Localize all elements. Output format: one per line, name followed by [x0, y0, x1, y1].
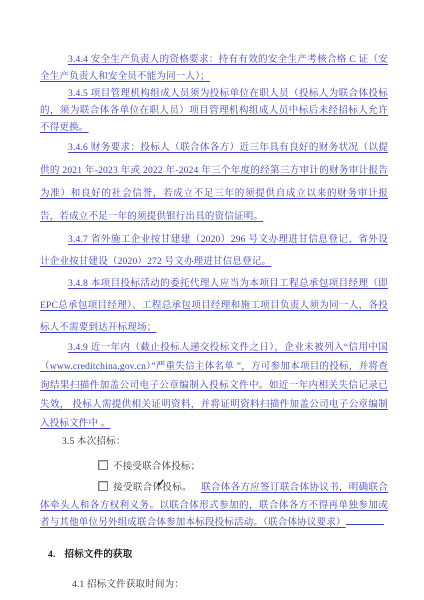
clause-3-4-4: 3.4.4 安全生产负责人的资格要求：持有有效的安全生产考核合格 C 证（安全生…	[40, 52, 388, 86]
clause-4-1: 4.1 招标文件获取时间为：	[40, 577, 388, 593]
document-page: 3.4.4 安全生产负责人的资格要求：持有有效的安全生产考核合格 C 证（安全生…	[0, 0, 424, 600]
clause-3-4-9: 3.4.9 近一年内（截止投标人递交投标文件之日），企业未被列入“信用中国（ww…	[40, 339, 388, 434]
clause-3-5-label: 3.5 本次招标：	[40, 434, 388, 451]
checkbox-row-reject-consortium: 不接受联合体投标；	[40, 459, 388, 476]
clause-3-4-7: 3.4.7 省外施工企业按甘建建（2020）296 号文办理进甘信息登记、省外设…	[40, 229, 388, 273]
checkbox-row-accept-consortium: 接受联合体投标。联合体各方应签订联合体协议书，明确联合体牵头人和各方权利义务。以…	[40, 480, 388, 533]
clause-3-4-8: 3.4.8 本项目投标活动的委托代理人应当为本项目工程总承包项目经理（即EPC总…	[40, 273, 388, 339]
clause-3-4-5: 3.4.5 项目管理机构组成人员须为投标单位在职人员（投标人为联合体投标的，须为…	[40, 86, 388, 137]
document-body: 3.4.4 安全生产负责人的资格要求：持有有效的安全生产考核合格 C 证（安全生…	[40, 52, 388, 593]
section-4-number: 4.	[48, 550, 56, 560]
clause-3-4-6: 3.4.6 财务要求：投标人（联合体各方）近三年具有良好的财务状况（以提供的 2…	[40, 137, 388, 229]
section-4-title: 招标文件的获取	[65, 550, 133, 560]
blank-underline-rule	[346, 515, 384, 525]
section-4-heading: 4.招标文件的获取	[40, 546, 388, 564]
checkbox-checked-icon[interactable]	[98, 481, 108, 491]
checkbox-unchecked-icon[interactable]	[98, 460, 108, 470]
checkbox-reject-label: 不接受联合体投标；	[113, 462, 200, 472]
consortium-agreement-note: 联合体各方应签订联合体协议书，明确联合体牵头人和各方权利义务。以联合体形式参加的…	[40, 483, 388, 528]
